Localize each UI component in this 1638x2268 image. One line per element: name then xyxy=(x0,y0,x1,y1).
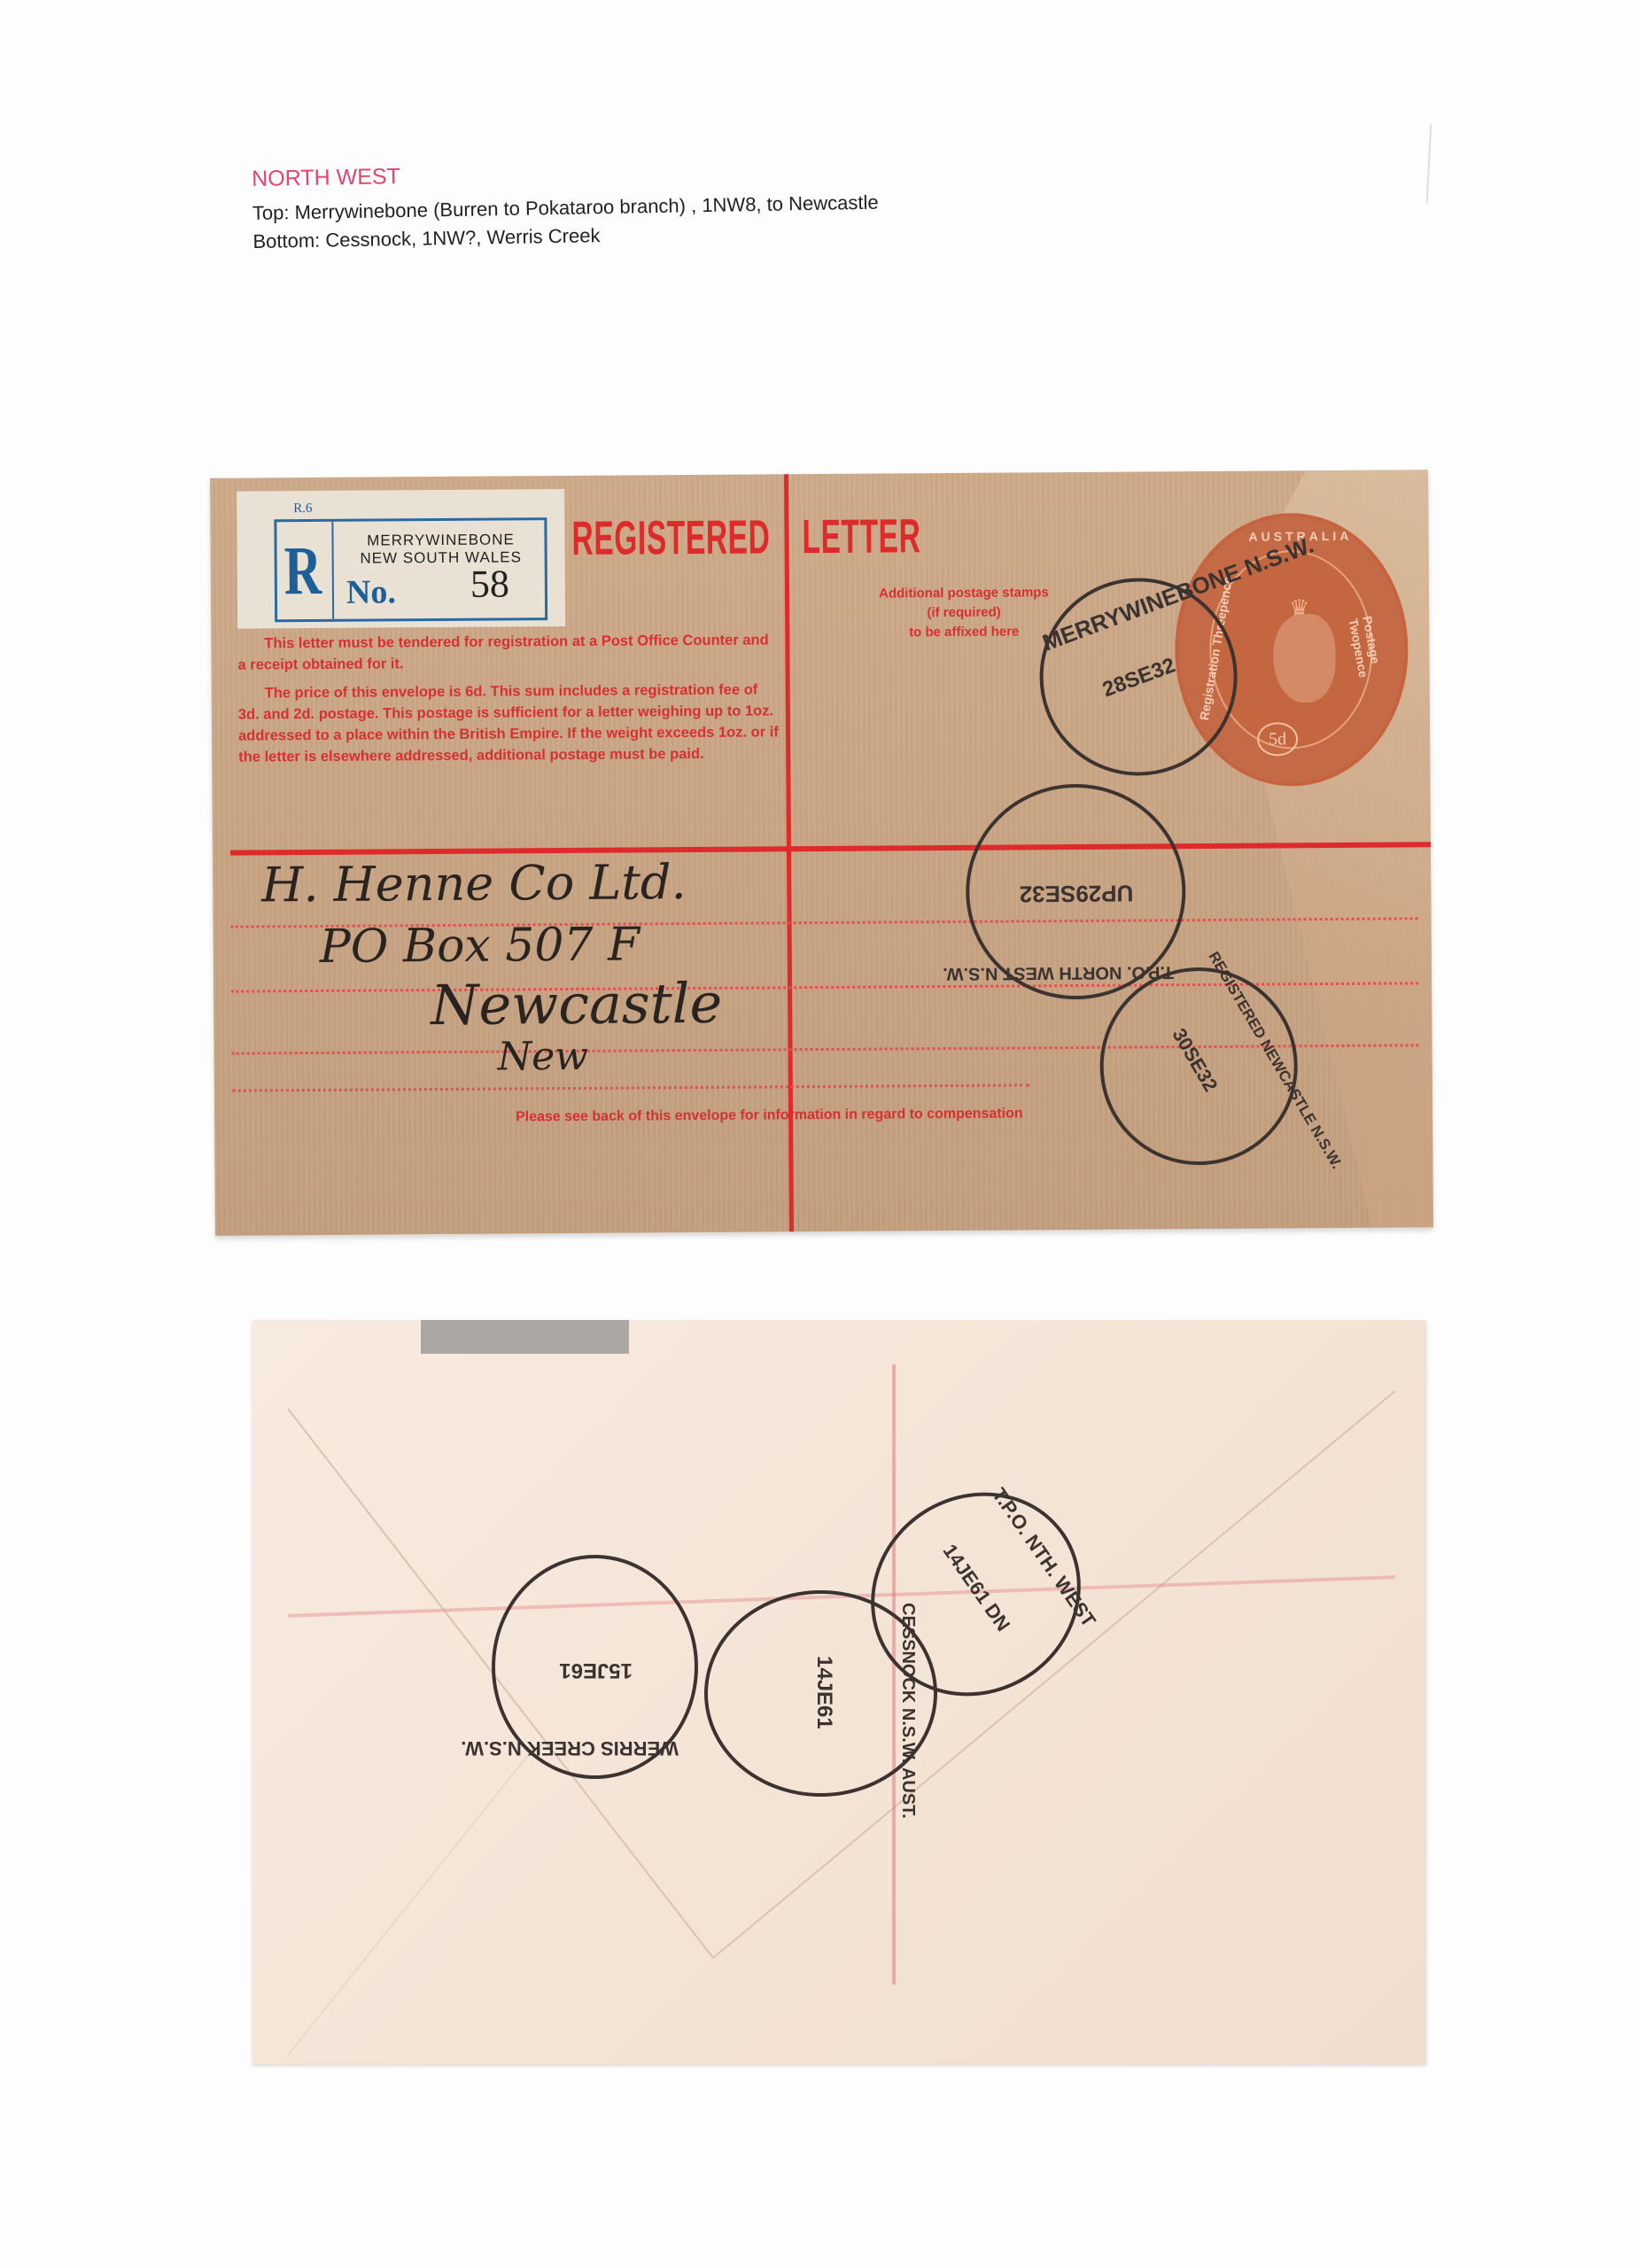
label-divider xyxy=(331,522,334,619)
region-title: NORTH WEST xyxy=(252,156,878,192)
office-name: MERRYWINEBONE xyxy=(343,531,538,550)
postmark-date: 15JE61 xyxy=(559,1658,633,1682)
registration-label: R.6 R MERRYWINEBONE NEW SOUTH WALES No. … xyxy=(237,489,565,629)
instruction-paragraph: The price of this envelope is 6d. This s… xyxy=(238,679,780,767)
king-head-portrait xyxy=(1273,614,1336,703)
postmark-date: UP29SE32 xyxy=(1020,880,1134,908)
postmark-tpo-north-west: T.P.O. NORTH WEST N.S.W. UP29SE32 xyxy=(965,783,1186,1000)
title-letter: LETTER xyxy=(802,509,920,564)
additional-postage-note: Additional postage stamps (if required) … xyxy=(871,583,1057,642)
postmark-date: 14JE61 xyxy=(811,1656,836,1729)
title-registered: REGISTERED xyxy=(571,509,770,566)
label-registration-number: 58 xyxy=(470,561,509,606)
address-line-3: Newcastle xyxy=(431,971,722,1037)
caption: NORTH WEST Top: Merrywinebone (Burren to… xyxy=(252,156,879,256)
note-line: to be affixed here xyxy=(871,622,1057,642)
postmark-date: 28SE32 xyxy=(1099,653,1179,703)
page-edge-mark xyxy=(1426,124,1432,204)
stamp-value: 5d xyxy=(1257,722,1298,756)
note-line: Additional postage stamps xyxy=(871,583,1057,603)
red-horizontal-line xyxy=(230,842,1431,855)
registration-instructions: This letter must be tendered for registr… xyxy=(237,629,779,774)
label-box: R MERRYWINEBONE NEW SOUTH WALES No. 58 xyxy=(274,517,547,622)
postmark-name: WERRIS CREEK N.S.W. xyxy=(461,1736,679,1759)
address-dotted-line xyxy=(232,1084,1029,1091)
top-envelope-registered-letter: R.6 R MERRYWINEBONE NEW SOUTH WALES No. … xyxy=(210,470,1433,1236)
instruction-paragraph: This letter must be tendered for registr… xyxy=(237,629,778,675)
label-form-number: R.6 xyxy=(293,501,312,517)
postmark-name: T.P.O. NORTH WEST N.S.W. xyxy=(943,961,1174,983)
postmark-date: 14JE61 DN xyxy=(938,1540,1015,1635)
compensation-note: Please see back of this envelope for inf… xyxy=(516,1106,1023,1125)
address-line-1: H. Henne Co Ltd. xyxy=(261,854,687,913)
note-line: (if required) xyxy=(871,602,1057,623)
address-line-2: PO Box 507 F xyxy=(320,918,640,974)
postmark-date: 30SE32 xyxy=(1168,1024,1223,1096)
label-r-letter: R xyxy=(283,531,322,610)
postmark-werris-creek: WERRIS CREEK N.S.W. 15JE61 xyxy=(492,1555,698,1779)
address-line-4: New xyxy=(497,1034,588,1080)
bottom-envelope-back: WERRIS CREEK N.S.W. 15JE61 CESSNOCK N.S.… xyxy=(252,1320,1426,2064)
label-no: No. xyxy=(346,572,396,611)
